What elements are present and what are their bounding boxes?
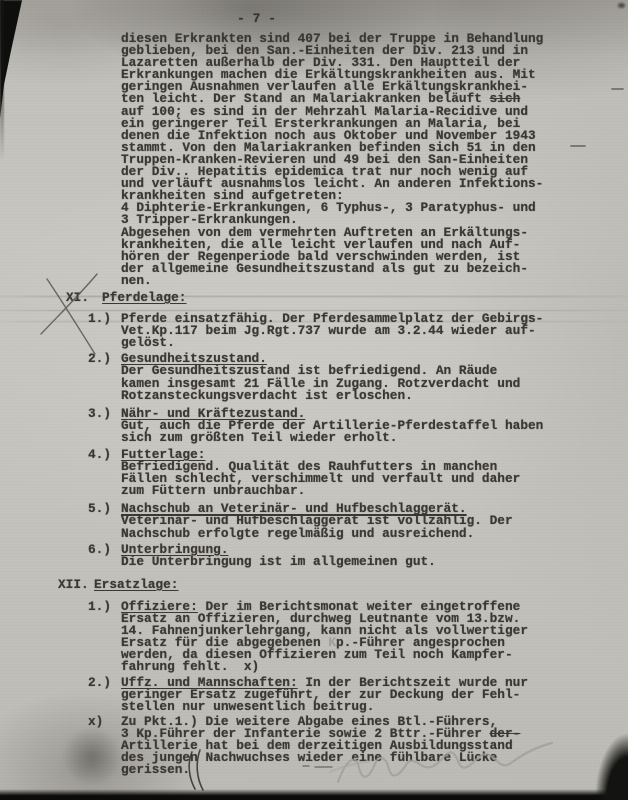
item-body: Unterbringung. Die Unterbringung ist im …	[121, 544, 628, 568]
section-title-wrap: Pferdelage:	[102, 292, 628, 304]
item-text: Befriedigend. Qualität des Rauhfutters i…	[121, 459, 520, 498]
item-number: 4.)	[88, 449, 121, 497]
scan-edge-bottom	[0, 789, 628, 800]
item-text: Gut, auch die Pferde der Artillerie-Pfer…	[121, 418, 543, 445]
item-body: Uffz. und Mannschaften: In der Berichtsz…	[121, 677, 628, 713]
item-number: 1.)	[88, 313, 121, 349]
section-numeral: XII.	[58, 579, 94, 591]
list-item: 4.) Futterlage: Befriedigend. Qualität d…	[0, 449, 628, 497]
item-text: Der Gesundheitszustand ist befriedigend.…	[121, 363, 520, 402]
section-title-wrap: Ersatzlage:	[94, 579, 628, 591]
list-item: 2.) Uffz. und Mannschaften: In der Beric…	[0, 677, 628, 713]
section-title: Ersatzlage:	[94, 577, 178, 592]
item-body: Nähr- und Kräftezustand. Gut, auch die P…	[121, 408, 628, 444]
item-number: 2.)	[88, 353, 121, 401]
item-body: Pferde einsatzfähig. Der Pferdesammelpla…	[121, 313, 628, 349]
document-text: diesen Erkrankten sind 407 bei der Trupp…	[0, 0, 628, 776]
scanned-document-page: - 7 - diesen Erkrankten sind 407 bei der…	[0, 0, 628, 800]
footnote-text: Zu Pkt.1.) Die weitere Abgabe eines Btl.…	[121, 714, 497, 741]
item-text: Die Unterbringung ist im allgemeinen gut…	[121, 554, 436, 569]
section-numeral: XI.	[66, 292, 102, 304]
list-item: 1.) Offiziere: Der im Berichtsmonat weit…	[0, 601, 628, 674]
item-text: Pferde einsatzfähig. Der Pferdesammelpla…	[121, 311, 543, 350]
scan-edge-left	[0, 0, 4, 175]
intro-text-part: auf 100; es sind in der Mehrzahl Malaria…	[121, 104, 543, 288]
item-text: Veterinär- und Hufbeschlaggerät ist voll…	[121, 513, 513, 540]
item-number: 3.)	[88, 408, 121, 444]
faded-character: K	[328, 635, 336, 650]
list-item: 2.) Gesundheitszustand. Der Gesundheitsz…	[0, 353, 628, 401]
item-body: Offiziere: Der im Berichtsmonat weiter e…	[121, 601, 628, 674]
item-number: 2.)	[88, 677, 121, 713]
list-item: 1.) Pferde einsatzfähig. Der Pferdesamme…	[0, 313, 628, 349]
scan-edge-bottom-right	[594, 715, 628, 800]
section-title: Pferdelage:	[102, 290, 186, 305]
item-body: Gesundheitszustand. Der Gesundheitszusta…	[121, 353, 628, 401]
intro-text-part: diesen Erkrankten sind 407 bei der Trupp…	[121, 31, 543, 106]
section-heading-xii: XII. Ersatzlage:	[0, 579, 628, 591]
item-body: Nachschub an Veterinär- und Hufbeschlagg…	[121, 503, 628, 539]
item-number: 6.)	[88, 544, 121, 568]
item-body: Futterlage: Befriedigend. Qualität des R…	[121, 449, 628, 497]
item-number: 5.)	[88, 503, 121, 539]
footnote-text: Artillerie hat bei dem derzeitigen Ausbi…	[121, 738, 513, 777]
list-item: 3.) Nähr- und Kräftezustand. Gut, auch d…	[0, 408, 628, 444]
footnote-body: Zu Pkt.1.) Die weitere Abgabe eines Btl.…	[121, 716, 628, 776]
section-heading-xi: XI. Pferdelage:	[0, 292, 628, 304]
list-item: 6.) Unterbringung. Die Unterbringung ist…	[0, 544, 628, 568]
item-number: 1.)	[88, 601, 121, 674]
scan-speck	[618, 3, 625, 8]
intro-paragraph: diesen Erkrankten sind 407 bei der Trupp…	[121, 33, 628, 287]
list-item: 5.) Nachschub an Veterinär- und Hufbesch…	[0, 503, 628, 539]
